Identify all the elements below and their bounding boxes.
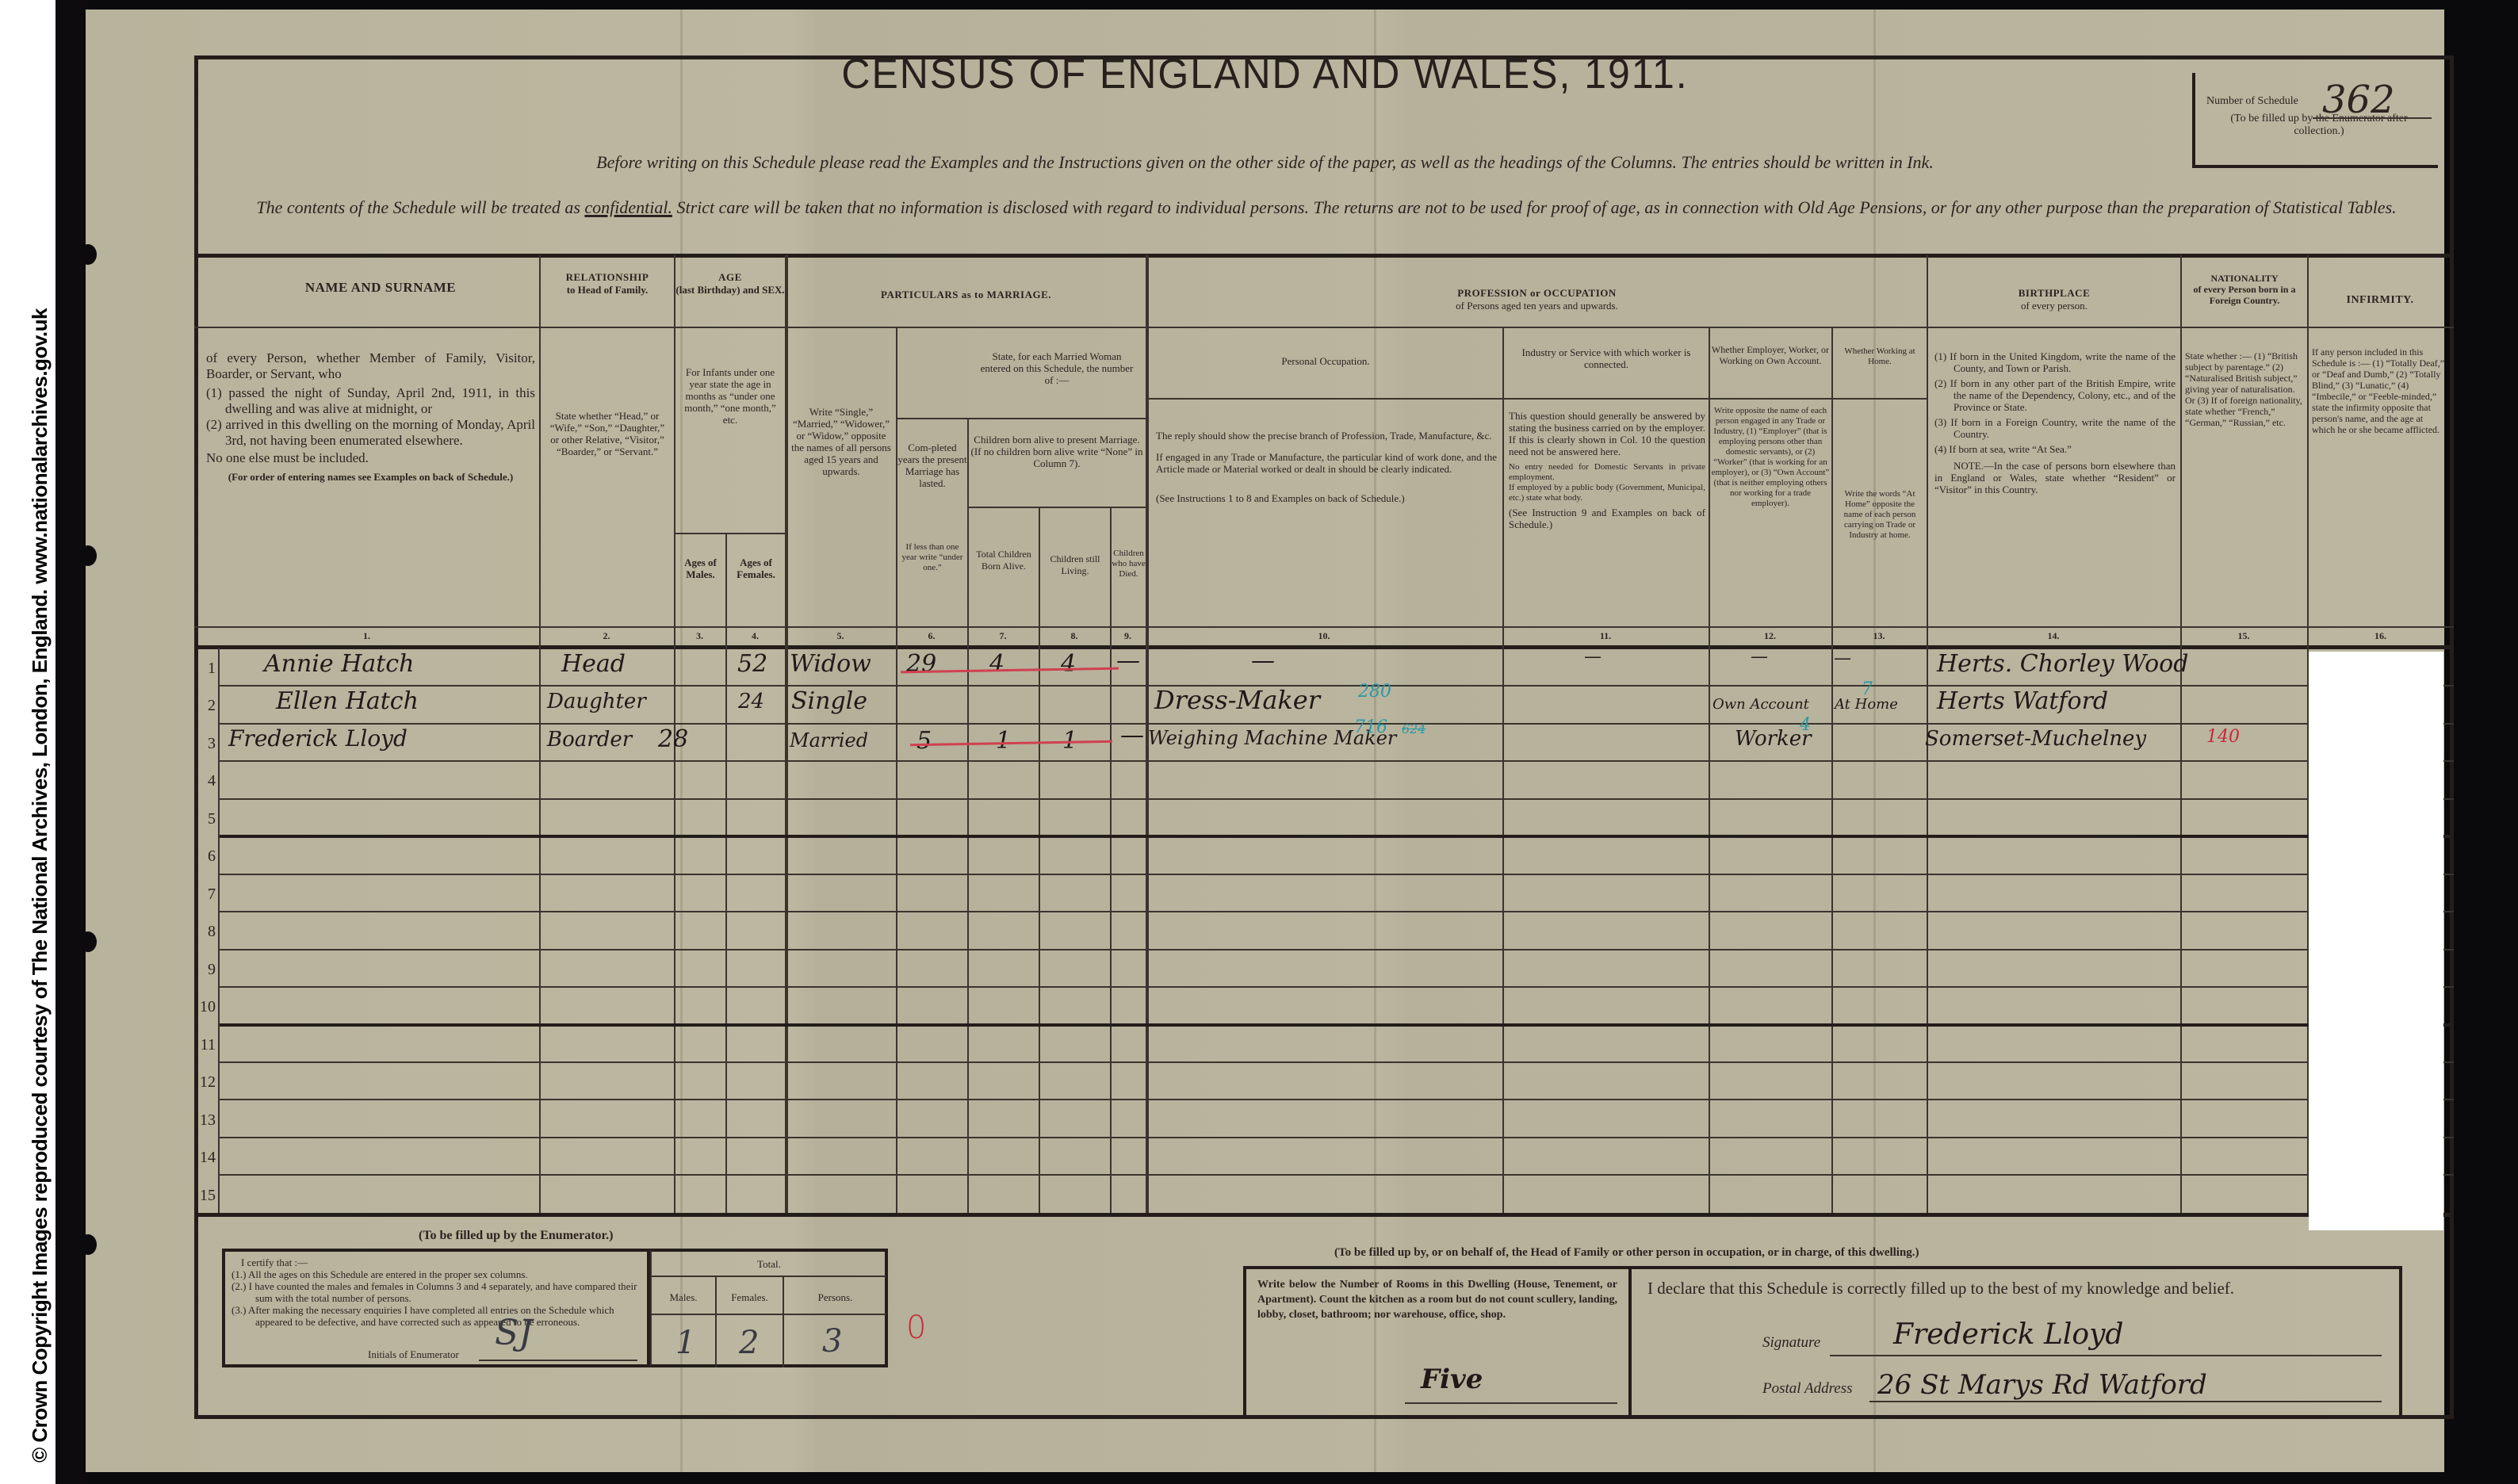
cell-condition: Single — [791, 687, 867, 715]
certify-1: (1.) All the ages on this Schedule are e… — [232, 1268, 641, 1280]
copyright-strip: © Crown Copyright Images reproduced cour… — [0, 0, 55, 1484]
subheader-rule — [1146, 398, 1831, 400]
males-label: Males. — [652, 1291, 715, 1303]
infirmity-desc: If any person included in this Schedule … — [2312, 346, 2448, 435]
col-divider — [1110, 507, 1112, 1214]
cell-condition: Married — [790, 729, 868, 752]
totals-divider — [783, 1276, 784, 1367]
row-number: 4 — [197, 772, 216, 790]
name-desc-4: No one else must be included. — [206, 450, 535, 466]
personal-desc-1: The reply should show the precise branch… — [1156, 430, 1497, 442]
address-label: Postal Address — [1762, 1380, 1852, 1398]
nationality-desc: State whether :— (1) “British subject by… — [2185, 350, 2304, 428]
total-females: 2 — [739, 1325, 759, 1361]
cell-condition: Widow — [790, 650, 871, 678]
row-rule — [219, 723, 2454, 725]
initials-line — [479, 1360, 637, 1361]
birthplace-note: NOTE.—In the case of persons born elsewh… — [1934, 460, 2176, 495]
header-name-desc: of every Person, whether Member of Famil… — [206, 350, 535, 483]
col-divider — [1502, 327, 1504, 1214]
col-divider — [1039, 507, 1040, 1214]
subheader-rule — [674, 533, 785, 534]
colnum-15: 15. — [2180, 630, 2307, 642]
nationality-title: NATIONALITY — [2182, 273, 2307, 284]
subheader-rule — [896, 418, 1146, 419]
row-number: 8 — [197, 923, 216, 941]
colnum-bottom-rule — [194, 645, 2454, 649]
personal-desc-3: (See Instructions 1 to 8 and Examples on… — [1156, 492, 1497, 504]
col-divider — [539, 255, 541, 1214]
colnum-3: 3. — [674, 630, 725, 642]
rownum-divider — [218, 648, 220, 1213]
industry-desc-2: No entry needed for Domestic Servants in… — [1509, 462, 1705, 483]
cell-marriage-years: 5 — [917, 727, 932, 755]
persons-label: Persons. — [784, 1291, 886, 1303]
industry-desc: This question should generally be answer… — [1509, 410, 1705, 530]
cell-employer: Own Account — [1712, 696, 1809, 713]
schedule-number-note: (To be filled up by the Enumerator after… — [2206, 113, 2432, 138]
rooms-line — [1405, 1402, 1617, 1404]
occupation-code: 716 — [1354, 717, 1387, 737]
colnum-12: 12. — [1709, 630, 1831, 642]
cell-children-living: 4 — [1061, 650, 1076, 678]
colnum-top-rule — [194, 626, 2454, 628]
colnum-11: 11. — [1502, 630, 1709, 642]
col-divider — [785, 255, 788, 1214]
redaction-block — [2309, 652, 2443, 1230]
totals-divider — [715, 1276, 717, 1367]
col-divider — [2180, 255, 2182, 1214]
colnum-10: 10. — [1146, 630, 1502, 642]
rooms-box: Write below the Number of Rooms in this … — [1243, 1266, 1632, 1419]
certify-2: (2.) I have counted the males and female… — [232, 1280, 641, 1304]
header-nationality: NATIONALITY of every Person born in a Fo… — [2182, 273, 2307, 306]
row-number: 7 — [197, 885, 216, 904]
totals-rule — [652, 1314, 886, 1315]
cell-industry: — — [1584, 647, 1601, 667]
colnum-2: 2. — [539, 630, 674, 642]
cell-employer: — — [1751, 647, 1768, 667]
colnum-7: 7. — [967, 630, 1039, 642]
employer-desc: Write opposite the name of each person e… — [1711, 406, 1830, 509]
census-schedule: CENSUS OF ENGLAND AND WALES, 1911. Befor… — [86, 10, 2444, 1472]
row-number: 15 — [197, 1187, 216, 1205]
confidentiality-note: The contents of the Schedule will be tre… — [220, 196, 2432, 220]
header-birthplace-sub: of every person. — [1928, 300, 2180, 312]
header-age-sub: (last Birthday) and SEX. — [675, 284, 785, 296]
cell-birthplace: Somerset-Muchelney — [1925, 727, 2146, 751]
row-rule — [219, 1174, 2454, 1176]
occupation-code: 280 — [1358, 682, 1391, 702]
table-bottom-rule — [194, 1213, 2454, 1217]
row-number: 3 — [197, 735, 216, 753]
totals-rule — [652, 1276, 886, 1277]
cell-relationship: Daughter — [547, 690, 646, 713]
signature-line — [1830, 1355, 2382, 1356]
col-divider — [967, 418, 969, 1214]
header-industry: Industry or Service with which worker is… — [1506, 346, 1706, 370]
row-rule — [219, 760, 2454, 762]
rooms-count: Five — [1421, 1372, 1483, 1387]
name-desc-5: (For order of entering names see Example… — [206, 471, 535, 483]
cell-age-female: 52 — [737, 650, 767, 678]
colnum-13: 13. — [1831, 630, 1927, 642]
marriage-years-header: Com-pleted years the present Marriage ha… — [897, 442, 967, 489]
copyright-notice: © Crown Copyright Images reproduced cour… — [28, 308, 52, 1463]
header-name: NAME AND SURNAME — [222, 281, 539, 295]
occupation-code-struck: 624 — [1402, 721, 1426, 736]
colnum-4: 4. — [725, 630, 785, 642]
cell-relationship: Head — [561, 650, 626, 678]
row-rule-thick — [219, 835, 2454, 838]
industry-desc-4: (See Instruction 9 and Examples on back … — [1509, 507, 1705, 530]
row-rule — [219, 911, 2454, 912]
cell-occupation: Dress-Maker — [1154, 685, 1320, 715]
signature-label: Signature — [1762, 1334, 1820, 1352]
colnum-5: 5. — [785, 630, 896, 642]
household-caption: (To be filled up by, or on behalf of, th… — [1334, 1246, 1919, 1260]
schedule-number: 362 — [2322, 78, 2395, 122]
age-females-header: Ages of Females. — [727, 556, 785, 580]
col-divider — [1709, 327, 1710, 1214]
marriage-years-note: If less than one year write “under one.” — [897, 542, 967, 573]
punch-hole — [79, 244, 97, 265]
row-number: 9 — [197, 961, 216, 979]
cell-occupation: — — [1251, 647, 1275, 675]
schedule-number-label: Number of Schedule — [2206, 95, 2432, 108]
row-rule — [219, 685, 2454, 687]
marriage-children-header: Children born alive to present Marriage.… — [970, 434, 1143, 469]
colnum-8: 8. — [1039, 630, 1110, 642]
schedule-number-box: Number of Schedule 362 (To be filled up … — [2192, 73, 2438, 168]
postal-address: 26 St Marys Rd Watford — [1877, 1369, 2207, 1401]
header-birthplace: BIRTHPLACE — [1928, 287, 2180, 299]
row-rule — [219, 949, 2454, 950]
punch-hole — [79, 931, 97, 952]
age-desc: For Infants under one year state the age… — [679, 366, 782, 426]
header-infirmity: INFIRMITY. — [2309, 293, 2451, 308]
birthplace-desc-4: (4) If born at sea, write “At Sea.” — [1934, 443, 2176, 455]
cell-relationship: Boarder — [547, 728, 632, 752]
punch-hole — [79, 545, 97, 566]
colnum-6: 6. — [896, 630, 967, 642]
cell-name: Annie Hatch — [264, 650, 414, 678]
cell-children-born: 1 — [996, 727, 1011, 755]
marriage-died-header: Children who have Died. — [1112, 549, 1146, 579]
header-marriage: PARTICULARS as to MARRIAGE. — [786, 289, 1146, 300]
enumerator-caption: (To be filled up by the Enumerator.) — [419, 1229, 614, 1243]
total-males: 1 — [675, 1325, 695, 1361]
subheader-rule — [967, 507, 1146, 508]
home-code: 7 — [1862, 679, 1873, 699]
industry-desc-3: If employed by a public body (Government… — [1509, 483, 1705, 503]
header-age: AGE — [675, 271, 785, 283]
row-number: 1 — [197, 660, 216, 678]
cell-birthplace: Herts. Chorley Wood — [1937, 650, 2188, 678]
header-relationship: RELATIONSHIP — [541, 271, 674, 283]
address-line — [1869, 1401, 2382, 1402]
declaration-box: I declare that this Schedule is correctl… — [1632, 1266, 2402, 1419]
col-divider — [1831, 327, 1833, 1214]
confidential-suffix: Strict care will be taken that no inform… — [676, 197, 2396, 217]
birthplace-desc-1: (1) If born in the United Kingdom, write… — [1934, 350, 2176, 374]
marriage-total-header: Total Children Born Alive. — [969, 549, 1039, 572]
marriage-married-woman-desc: State, for each Married Woman entered on… — [978, 350, 1136, 386]
cell-marriage-years: 29 — [906, 650, 936, 678]
header-personal-occupation: Personal Occupation. — [1149, 355, 1502, 367]
header-occupation: PROFESSION or OCCUPATION — [1147, 287, 1927, 299]
confidential-word: confidential. — [584, 197, 672, 217]
header-working-at-home: Whether Working at Home. — [1833, 346, 1927, 367]
row-number: 5 — [197, 810, 216, 828]
females-label: Females. — [717, 1291, 783, 1303]
punch-hole — [79, 1234, 97, 1255]
working-at-home-desc: Write the words “At Home” opposite the n… — [1835, 489, 1925, 541]
row-rule — [219, 874, 2454, 875]
certify-heading: I certify that :— — [232, 1256, 641, 1268]
rooms-instruction: Write below the Number of Rooms in this … — [1257, 1277, 1617, 1322]
header-relationship-sub: to Head of Family. — [541, 284, 674, 296]
red-circle-mark: 0 — [906, 1310, 926, 1346]
colnum-16: 16. — [2307, 630, 2454, 642]
row-number: 13 — [197, 1111, 216, 1130]
row-rule-thick — [219, 1023, 2454, 1027]
cell-working-at-home: — — [1834, 648, 1851, 668]
row-number: 11 — [197, 1036, 216, 1054]
colnum-14: 14. — [1927, 630, 2180, 642]
row-rule — [219, 986, 2454, 988]
subheader-rule — [1831, 398, 1927, 400]
cell-name: Frederick Lloyd — [228, 725, 408, 752]
name-desc-3: (2) arrived in this dwelling on the morn… — [206, 417, 535, 449]
cell-children-died: — — [1116, 647, 1140, 675]
instructions-note: Before writing on this Schedule please r… — [86, 152, 2444, 173]
confidential-prefix: The contents of the Schedule will be tre… — [256, 197, 580, 217]
cell-nationality-code: 140 — [2206, 727, 2240, 747]
personal-desc-2: If engaged in any Trade or Manufacture, … — [1156, 451, 1497, 475]
employer-code: 4 — [1800, 715, 1811, 735]
scan-border — [55, 0, 87, 1484]
cell-children-born: 4 — [989, 650, 1005, 678]
header-employer: Whether Employer, Worker, or Working on … — [1711, 344, 1830, 366]
row-number: 14 — [197, 1149, 216, 1167]
certify-3: (3.) After making the necessary enquirie… — [232, 1304, 641, 1328]
total-persons: 3 — [822, 1323, 842, 1360]
totals-box: Total. Males. Females. Persons. 1 2 3 — [650, 1249, 888, 1367]
schedule-number-line — [2313, 117, 2432, 119]
row-rule — [219, 1061, 2454, 1063]
nationality-sub: of every Person born in a Foreign Countr… — [2182, 284, 2307, 306]
age-males-header: Ages of Males. — [675, 556, 725, 580]
colnum-9: 9. — [1110, 630, 1146, 642]
initials-label: Initials of Enumerator — [368, 1348, 459, 1360]
row-rule — [219, 798, 2454, 800]
industry-desc-1: This question should generally be answer… — [1509, 410, 1705, 457]
header-occupation-sub: of Persons aged ten years and upwards. — [1147, 300, 1927, 312]
birthplace-desc-2: (2) If born in any other part of the Bri… — [1934, 377, 2176, 413]
total-label: Total. — [652, 1258, 886, 1270]
relationship-desc: State whether “Head,” or “Wife,” “Son,” … — [547, 410, 668, 457]
declaration-text: I declare that this Schedule is correctl… — [1647, 1279, 2234, 1298]
birthplace-desc-3: (3) If born in a Foreign Country, write … — [1934, 416, 2176, 440]
cell-children-died: — — [1120, 721, 1144, 749]
marriage-living-header: Children still Living. — [1040, 553, 1110, 577]
group-header-rule — [194, 327, 2454, 328]
cell-birthplace: Herts Watford — [1937, 687, 2108, 715]
row-number: 10 — [197, 998, 216, 1016]
page-title: CENSUS OF ENGLAND AND WALES, 1911. — [86, 50, 2444, 98]
marriage-condition-desc: Write “Single,” “Married,” “Widower,” or… — [790, 406, 893, 477]
cell-age-male: 28 — [658, 725, 688, 753]
name-desc-2: (1) passed the night of Sunday, April 2n… — [206, 385, 535, 417]
row-number: 6 — [197, 847, 216, 866]
cell-age-female: 24 — [738, 690, 764, 713]
enumerator-certification: I certify that :— (1.) All the ages on t… — [222, 1249, 650, 1367]
birthplace-desc: (1) If born in the United Kingdom, write… — [1934, 350, 2176, 495]
enumerator-initials: SJ — [495, 1327, 533, 1339]
row-rule — [219, 1099, 2454, 1100]
name-desc-1: of every Person, whether Member of Famil… — [206, 350, 535, 382]
signature: Frederick Lloyd — [1893, 1318, 2123, 1351]
personal-occupation-desc: The reply should show the precise branch… — [1156, 430, 1497, 504]
colnum-1: 1. — [194, 630, 539, 642]
cell-name: Ellen Hatch — [276, 687, 419, 715]
row-number: 12 — [197, 1073, 216, 1092]
row-rule — [219, 1137, 2454, 1138]
row-number: 2 — [197, 697, 216, 715]
header-top-rule — [194, 254, 2454, 258]
